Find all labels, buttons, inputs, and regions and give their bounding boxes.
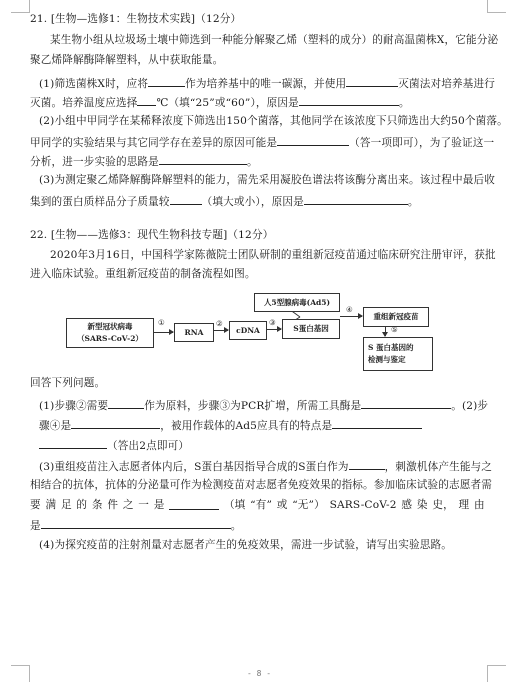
answer-blank[interactable] — [361, 397, 451, 409]
box-s-gene-detection: S 蛋白基因的 检测与鉴定 — [363, 337, 433, 371]
q22-part1-line1: (1)步骤②需要作为原料，步骤③为PCR扩增，所需工具酶是。(2)步 — [39, 397, 497, 413]
arrow-down-icon — [385, 326, 386, 336]
arrow-icon — [340, 316, 362, 317]
answer-blank[interactable] — [349, 458, 385, 470]
q21-intro-line2: 聚乙烯降解酶降解塑料，从中获取能量。 — [30, 53, 488, 67]
answer-blank[interactable] — [41, 517, 231, 529]
q22-title: 22. [生物——选修3：现代生物科技专题]（12分） — [30, 228, 488, 242]
q22-part3-line4: 是。 — [30, 517, 488, 533]
q22-intro-line1: 2020年3月16日，中国科学家陈薇院士团队研制的重组新冠疫苗通过临床研究注册审… — [50, 248, 508, 262]
box-recombinant-vaccine: 重组新冠疫苗 — [363, 307, 429, 327]
q22-part4: (4)为探究疫苗的注射剂量对志愿者产生的免疫效果，需进一步试验，请写出实验思路。 — [39, 538, 497, 552]
q22-part2-line2: （答出2点即可） — [30, 437, 488, 453]
answer-blank[interactable] — [304, 193, 408, 205]
corner-mark-top-left — [11, 0, 30, 13]
q21-title: 21. [生物—选修1：生物技术实践]（12分） — [30, 12, 488, 26]
box-cdna: cDNA — [229, 321, 267, 340]
box-sars-cov-2: 新型冠状病毒 （SARS-CoV-2） — [66, 318, 154, 348]
q22-part3-line3: 要满足的条件之一是 （填“有”或“无”）SARS-CoV-2感染史，理由 — [30, 498, 488, 512]
corner-mark-top-right — [487, 0, 506, 13]
q21-part3-line1: (3)为测定聚乙烯降解酶降解塑料的能力，需先采用凝胶色谱法将该酶分离出来。该过程… — [39, 173, 497, 187]
q21-part3-line2: 集到的蛋白质样品分子质量较（填大或小），原因是。 — [30, 193, 488, 209]
answer-blank[interactable] — [39, 437, 107, 449]
q22-intro-line2: 进入临床试验。重组新冠疫苗的制备流程如图。 — [30, 267, 488, 281]
answer-blank[interactable] — [332, 417, 422, 429]
answer-blank[interactable] — [277, 134, 349, 146]
answer-blank[interactable] — [159, 153, 247, 165]
q21-part2-line3: 分析，进一步实验的思路是。 — [30, 153, 488, 169]
vaccine-preparation-flowchart: 新型冠状病毒 （SARS-CoV-2） ① RNA ② cDNA ③ S蛋白基因… — [60, 285, 460, 380]
answer-blank[interactable] — [299, 94, 399, 106]
q22-part2-line1: 骤④是，被用作载体的Ad5应具有的特点是 — [39, 417, 497, 433]
step-4-label: ④ — [346, 305, 353, 314]
q21-part1-line1: (1)筛选菌株X时，应将作为培养基中的唯一碳源，并使用灭菌法对培养基进行 — [39, 75, 497, 91]
box-rna: RNA — [174, 323, 214, 342]
q21-part1-line2: 灭菌。培养温度应选择℃（填“25”或“60”），原因是。 — [30, 94, 488, 110]
arrow-icon — [213, 330, 228, 331]
answer-prompt: 回答下列问题。 — [30, 376, 488, 390]
box-s-protein-gene: S蛋白基因 — [282, 319, 340, 339]
page-number: - 8 - — [0, 669, 518, 678]
answer-blank[interactable] — [137, 94, 156, 106]
arrow-icon — [266, 329, 281, 330]
q21-intro-line1: 某生物小组从垃圾场土壤中筛选到一种能分解聚乙烯（塑料的成分）的耐高温菌株X，它能… — [50, 33, 508, 47]
answer-blank[interactable] — [169, 498, 219, 510]
arrow-icon — [153, 332, 173, 333]
q21-part2-line1: (2)小组中甲同学在某稀释浓度下筛选出150个菌落，其他同学在该浓度下只筛选出大… — [39, 114, 497, 128]
q22-part3-line2: 相结合的抗体，抗体的分泌量可作为检测疫苗对志愿者免疫效果的指标。参加临床试验的志… — [30, 478, 488, 492]
answer-blank[interactable] — [148, 75, 185, 87]
answer-blank[interactable] — [108, 397, 144, 409]
box-ad5-adenovirus: 人5型腺病毒(Ad5) — [254, 293, 340, 312]
step-5-label: ⑤ — [391, 325, 398, 334]
answer-blank[interactable] — [170, 193, 202, 205]
answer-blank[interactable] — [71, 417, 160, 429]
q21-part2-line2: 甲同学的实验结果与其它同学存在差异的原因可能是（答一项即可），为了验证这一 — [30, 134, 488, 150]
q22-part3-line1: (3)重组疫苗注入志愿者体内后，S蛋白基因指导合成的S蛋白作为，刺激机体产生能与… — [39, 458, 497, 474]
step-3-label: ③ — [269, 318, 276, 327]
answer-blank[interactable] — [346, 75, 398, 87]
step-1-label: ① — [158, 318, 165, 327]
step-2-label: ② — [216, 319, 223, 328]
